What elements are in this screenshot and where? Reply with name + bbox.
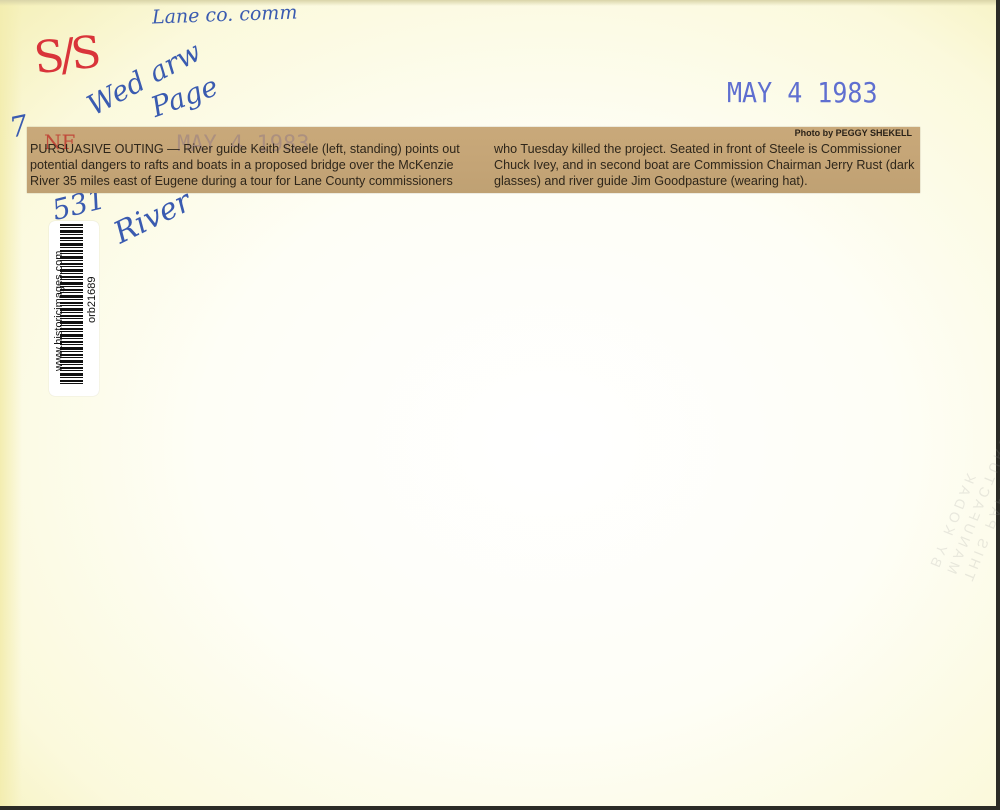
caption-line: River 35 miles east of Eugene during a t… [30, 173, 460, 189]
caption-line: potential dangers to rafts and boats in … [30, 157, 460, 173]
caption-line: Chuck Ivey, and in second boat are Commi… [494, 157, 914, 173]
caption-left-column: PURSUASIVE OUTING — River guide Keith St… [30, 141, 460, 189]
barcode-url: www.historicimages.com [53, 251, 65, 371]
caption-right-column: who Tuesday killed the project. Seated i… [494, 141, 914, 189]
date-stamp: MAY 4 1983 [727, 77, 878, 109]
barcode-label: www.historicimages.com orb21689 [49, 221, 99, 396]
newspaper-clipping: MAY 4 1983 NF Photo by PEGGY SHEKELL PUR… [27, 127, 920, 193]
caption-line: who Tuesday killed the project. Seated i… [494, 141, 914, 157]
photo-back: Lane co. comm S/S Wed arw Page 7 531 Riv… [0, 0, 1000, 810]
handwritten-note-river: River [108, 184, 196, 251]
kodak-watermark: THIS PAPER MANUFACTURED BY KODAK [926, 411, 1000, 584]
handwritten-note-lane-co: Lane co. comm [152, 1, 298, 28]
aged-top-edge [0, 0, 996, 6]
caption-line: PURSUASIVE OUTING — River guide Keith St… [30, 141, 460, 157]
photo-credit: Photo by PEGGY SHEKELL [795, 128, 912, 138]
caption-line: glasses) and river guide Jim Goodpasture… [494, 173, 914, 189]
handwritten-note-sls: S/S [32, 27, 100, 84]
barcode-id: orb21689 [86, 277, 98, 324]
